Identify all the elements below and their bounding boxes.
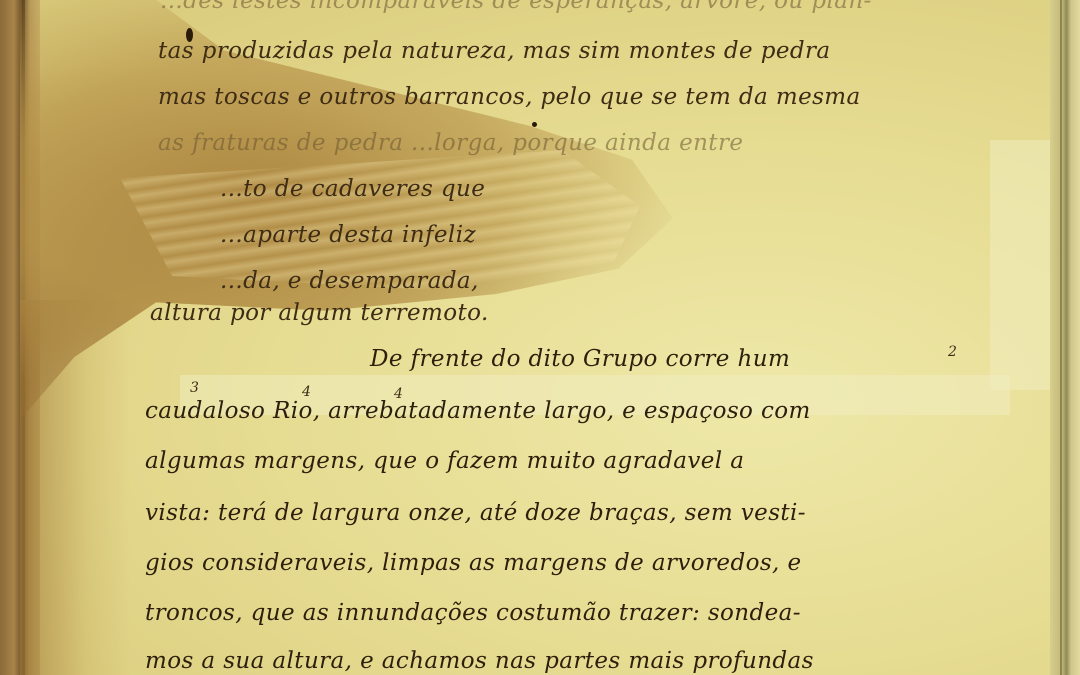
- text-line-15: mos a sua altura, e achamos nas partes m…: [145, 648, 814, 674]
- text-line-2: tas produzidas pela natureza, mas sim mo…: [158, 38, 831, 64]
- text-line-12: vista: terá de largura onze, até doze br…: [145, 500, 806, 526]
- text-line-11: algumas margens, que o fazem muito agrad…: [145, 448, 744, 474]
- ink-blot: [532, 122, 537, 127]
- text-line-9: De frente do dito Grupo corre hum: [370, 346, 790, 372]
- text-line-4: as fraturas de pedra ...lorga, porque ai…: [158, 130, 743, 156]
- text-line-3: mas toscas e outros barrancos, pelo que …: [158, 84, 861, 110]
- text-line-6: ...aparte desta infeliz: [220, 222, 476, 248]
- text-line-7: ...da, e desemparada,: [220, 268, 479, 294]
- text-line-1: ...des lestes incomparaveis de esperança…: [160, 0, 872, 14]
- manuscript-page: ...des lestes incomparaveis de esperança…: [0, 0, 1080, 675]
- right-page-edge: [1050, 0, 1080, 675]
- text-line-14: troncos, que as innundações costumão tra…: [145, 600, 801, 626]
- text-line-13: gios consideraveis, limpas as margens de…: [145, 550, 801, 576]
- paper-repair-strip-right: [990, 140, 1050, 390]
- text-line-10: caudaloso Rio, arrebatadamente largo, e …: [145, 398, 811, 424]
- text-line-8: altura por algum terremoto.: [150, 300, 489, 326]
- right-edge-line: [1060, 0, 1062, 675]
- superscript-2: 2: [948, 344, 957, 360]
- text-line-5: ...to de cadaveres que: [220, 176, 485, 202]
- superscript-3: 3: [190, 380, 199, 396]
